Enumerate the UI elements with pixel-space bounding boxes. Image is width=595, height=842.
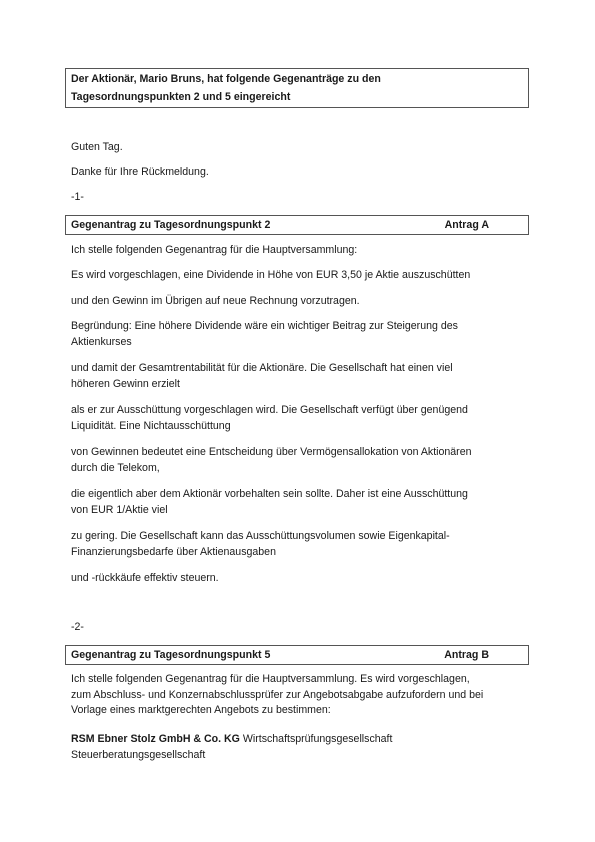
paragraph-line: Finanzierungsbedarfe über Aktienausgaben	[71, 545, 531, 561]
section-2-intro: Ich stelle folgenden Gegenantrag für die…	[71, 672, 531, 719]
section-1-label: Antrag A	[445, 216, 489, 234]
paragraph-line: die eigentlich aber dem Aktionär vorbeha…	[71, 487, 531, 503]
thanks-line: Danke für Ihre Rückmeldung.	[71, 165, 531, 181]
section-1-header: Gegenantrag zu Tagesordnungspunkt 2 Antr…	[65, 215, 529, 235]
firm-type-line-2: Steuerberatungsgesellschaft	[71, 748, 531, 764]
paragraph-line: und den Gewinn im Übrigen auf neue Rechn…	[71, 294, 531, 310]
section-2-number: -2-	[71, 620, 531, 636]
greeting: Guten Tag.	[71, 140, 531, 156]
section-1-number: -1-	[71, 190, 531, 206]
paragraph-line: Liquidität. Eine Nichtausschüttung	[71, 419, 531, 435]
paragraph-line: Aktienkurses	[71, 335, 531, 351]
paragraph-line: Begründung: Eine höhere Dividende wäre e…	[71, 319, 531, 335]
paragraph: und -rückkäufe effektiv steuern.	[71, 571, 531, 587]
section-1-title: Gegenantrag zu Tagesordnungspunkt 2	[71, 216, 270, 234]
paragraph-line: höheren Gewinn erzielt	[71, 377, 531, 393]
paragraph: zu gering. Die Gesellschaft kann das Aus…	[71, 529, 531, 560]
intro-line: Ich stelle folgenden Gegenantrag für die…	[71, 672, 531, 688]
auditor-firm: RSM Ebner Stolz GmbH & Co. KG Wirtschaft…	[71, 732, 531, 763]
section-2-header: Gegenantrag zu Tagesordnungspunkt 5 Antr…	[65, 645, 529, 665]
paragraph-line: und damit der Gesamtrentabilität für die…	[71, 361, 531, 377]
paragraph: als er zur Ausschüttung vorgeschlagen wi…	[71, 403, 531, 434]
paragraph-line: durch die Telekom,	[71, 461, 531, 477]
paragraph-line: von EUR 1/Aktie viel	[71, 503, 531, 519]
paragraph-line: Es wird vorgeschlagen, eine Dividende in…	[71, 268, 531, 284]
paragraph: Ich stelle folgenden Gegenantrag für die…	[71, 243, 531, 259]
firm-name: RSM Ebner Stolz GmbH & Co. KG	[71, 733, 240, 745]
intro-line: Vorlage eines marktgerechten Angebots zu…	[71, 703, 531, 719]
paragraph: die eigentlich aber dem Aktionär vorbeha…	[71, 487, 531, 518]
paragraph-line: Ich stelle folgenden Gegenantrag für die…	[71, 243, 531, 259]
paragraph: und damit der Gesamtrentabilität für die…	[71, 361, 531, 392]
document-page: Der Aktionär, Mario Bruns, hat folgende …	[0, 0, 595, 842]
firm-type: Wirtschaftsprüfungsgesellschaft	[240, 733, 393, 745]
header-line-2: Tagesordnungspunkten 2 und 5 eingereicht	[71, 88, 523, 106]
section-2-label: Antrag B	[444, 646, 489, 664]
paragraph: von Gewinnen bedeutet eine Entscheidung …	[71, 445, 531, 476]
paragraph: Es wird vorgeschlagen, eine Dividende in…	[71, 268, 531, 284]
header-box: Der Aktionär, Mario Bruns, hat folgende …	[65, 68, 529, 108]
paragraph-line: zu gering. Die Gesellschaft kann das Aus…	[71, 529, 531, 545]
paragraph: Begründung: Eine höhere Dividende wäre e…	[71, 319, 531, 350]
paragraph-line: von Gewinnen bedeutet eine Entscheidung …	[71, 445, 531, 461]
paragraph: und den Gewinn im Übrigen auf neue Rechn…	[71, 294, 531, 310]
paragraph-line: und -rückkäufe effektiv steuern.	[71, 571, 531, 587]
header-line-1: Der Aktionär, Mario Bruns, hat folgende …	[71, 70, 523, 88]
paragraph-line: als er zur Ausschüttung vorgeschlagen wi…	[71, 403, 531, 419]
intro-line: zum Abschluss- und Konzernabschlussprüfe…	[71, 688, 531, 704]
section-2-title: Gegenantrag zu Tagesordnungspunkt 5	[71, 646, 270, 664]
